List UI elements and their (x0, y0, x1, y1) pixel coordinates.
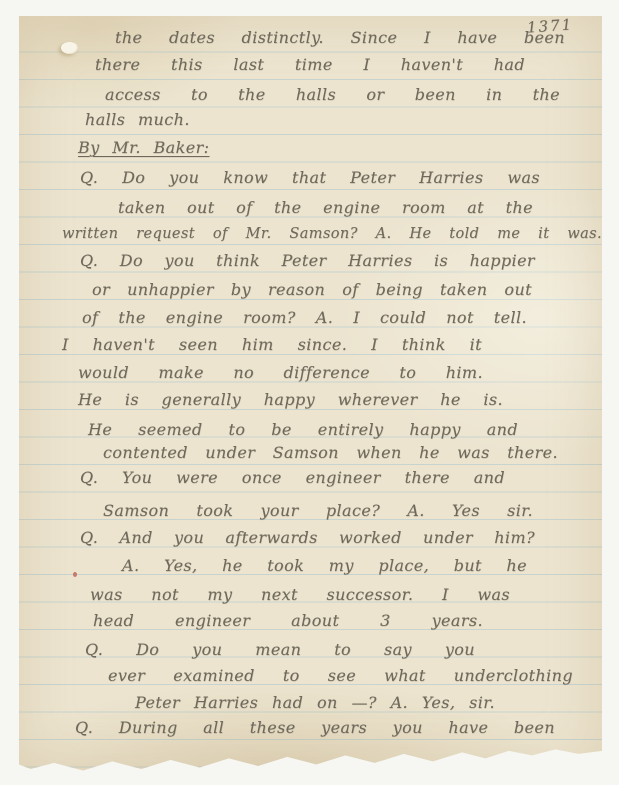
handwriting-line: Q. You were once engineer there and (80, 467, 505, 489)
handwriting-line: Q. Do you know that Peter Harries was (80, 167, 540, 189)
scan-background: 1371 the dates distinctly. Since I have … (0, 0, 619, 785)
handwriting-line: access to the halls or been in the (105, 84, 560, 106)
handwriting-line: was not my next successor. I was (90, 584, 510, 606)
handwriting-line: ever examined to see what underclothing (108, 665, 573, 687)
handwriting-line: Q. And you afterwards worked under him? (80, 527, 535, 549)
handwriting-line: Peter Harries had on —? A. Yes, sir. (135, 692, 495, 714)
handwriting-line: the dates distinctly. Since I have been (115, 27, 565, 49)
handwriting-line: or unhappier by reason of being taken ou… (92, 279, 532, 301)
handwriting-line: written request of Mr. Samson? A. He tol… (62, 223, 602, 245)
handwriting-line: I haven't seen him since. I think it (62, 334, 482, 356)
handwriting-line: halls much. (85, 109, 190, 131)
handwriting-line: would make no difference to him. (78, 362, 483, 384)
handwriting-line: taken out of the engine room at the (118, 197, 533, 219)
handwriting-line: Q. During all these years you have been (75, 717, 555, 739)
handwriting-line: contented under Samson when he was there… (103, 442, 558, 464)
ink-mark (73, 572, 77, 577)
manuscript-page: 1371 the dates distinctly. Since I have … (19, 16, 602, 772)
handwriting-line: head engineer about 3 years. (93, 610, 483, 632)
handwriting-line: He is generally happy wherever he is. (78, 389, 503, 411)
handwriting-line: He seemed to be entirely happy and (88, 419, 518, 441)
handwriting-line: A. Yes, he took my place, but he (122, 555, 527, 577)
handwriting-line: Samson took your place? A. Yes sir. (103, 500, 533, 522)
handwriting-line: there this last time I haven't had (95, 54, 525, 76)
handwriting-line: Q. Do you mean to say you (85, 639, 475, 661)
section-heading-line: By Mr. Baker: (78, 137, 209, 159)
handwriting-line: of the engine room? A. I could not tell. (82, 307, 527, 329)
punch-hole (61, 42, 78, 54)
handwriting-line: Q. Do you think Peter Harries is happier (80, 250, 535, 272)
